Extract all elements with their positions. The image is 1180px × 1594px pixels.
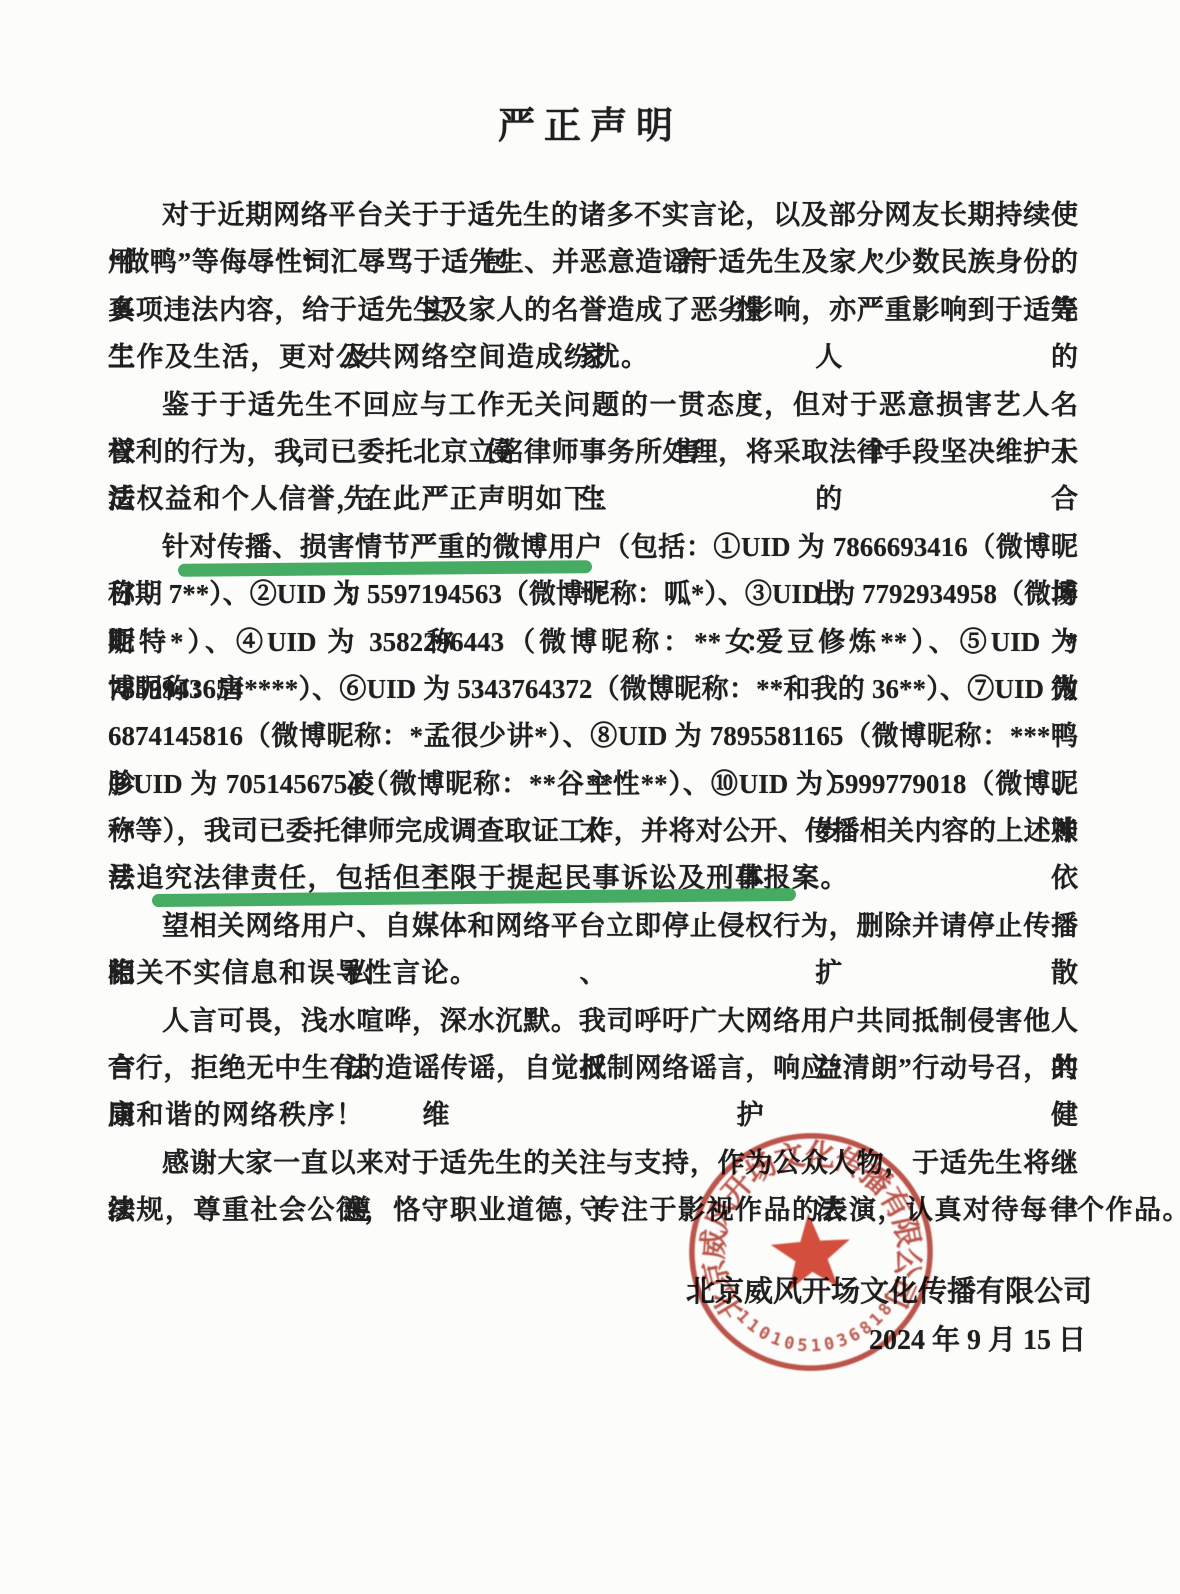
statement-date: 2024 年 9 月 15 日 [0,1317,1180,1364]
paragraph-5: 人言可畏，浅水喧哗，深水沉默。我司呼吁广大网络用户共同抵制侵害他人合法权益的 言… [108,998,1078,1140]
doc-line: ⑨UID 为 7051456754（微博昵称：**谷主性**）、⑩UID 为 5… [108,761,1078,808]
doc-line: 权利的行为，我司已委托北京立铭律师事务所处理，将采取法律手段坚决维护于适先生的合 [108,429,1078,476]
paragraph-2: 鉴于于适先生不回应与工作无关问题的一贯态度，但对于恶意损害艺人名誉，侵害个人 权… [108,382,1078,524]
doc-line: 对于近期网络平台关于于适先生的诸多不实言论，以及部分网友长期持续使用“包养”、 [108,192,1078,239]
doc-line: 言行，拒绝无中生有的造谣传谣，自觉抵制网络谣言，响应“清朗”行动号召，共同维护健 [108,1045,1078,1092]
document-title: 严正声明 [0,0,1180,152]
doc-line: 鉴于于适先生不回应与工作无关问题的一贯态度，但对于恶意损害艺人名誉，侵害个人 [108,382,1078,429]
company-seal-stamp: 北京威风开场文化传播有限公司 1101051036818 [674,1117,949,1386]
statement-document: 严正声明 对于近期网络平台关于于适先生的诸多不实言论，以及部分网友长期持续使用“… [0,0,1180,1594]
paragraph-1: 对于近期网络平台关于于适先生的诸多不实言论，以及部分网友长期持续使用“包养”、 … [108,192,1078,382]
paragraph-4: 望相关网络用户、自媒体和网络平台立即停止侵权行为，删除并请停止传播隐私、扩散 相… [108,903,1078,998]
doc-line: 人言可畏，浅水喧哗，深水沉默。我司呼吁广大网络用户共同抵制侵害他人合法权益的 [108,998,1078,1045]
doc-line: 斯特*）、④UID 为 3582296443（微博昵称：**女爱豆修炼**）、⑤… [108,619,1078,666]
doc-line: “做鸭”等侮辱性词汇辱骂于适先生、并恶意造谣于适先生及家人少数民族身份的真实性等 [108,239,1078,286]
company-signature: 北京威风开场文化传播有限公司 [0,1267,1180,1317]
doc-line: 6874145816（微博昵称：*孟很少讲*）、⑧UID 为 789558116… [108,713,1078,760]
doc-line: 博昵称：唐****）、⑥UID 为 5343764372（微博昵称：**和我的 … [108,666,1078,713]
doc-line: 望相关网络用户、自媒体和网络平台立即停止侵权行为，删除并请停止传播隐私、扩散 [108,903,1078,950]
seal-star-icon [769,1211,853,1292]
doc-line: 日期 7**）、②UID 为 5597194563（微博昵称：呱*）、③UID … [108,571,1078,618]
doc-line: **等），我司已委托律师完成调查取证工作，并将对公开、传播相关内容的上述账号主体… [108,808,1078,855]
doc-line: 多项违法内容，给于适先生及家人的名誉造成了恶劣影响，亦严重影响到于适先生及家人的 [108,287,1078,334]
document-body: 对于近期网络平台关于于适先生的诸多不实言论，以及部分网友长期持续使用“包养”、 … [108,192,1078,1235]
paragraph-3: 针对传播、损害情节严重的微博用户（包括：①UID 为 7866693416（微博… [108,524,1078,903]
